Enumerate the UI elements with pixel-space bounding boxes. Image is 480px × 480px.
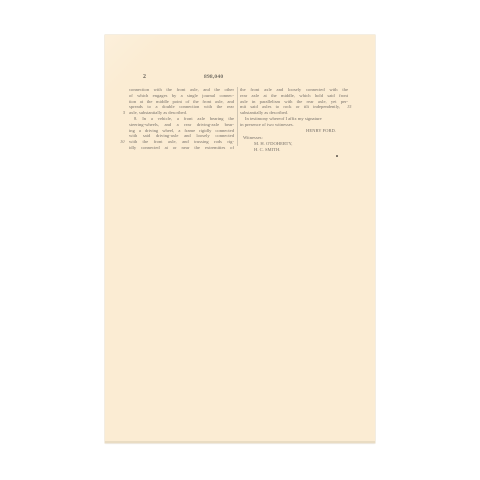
- claim-start-line: 8. In a vehicle, a front axle bearing th…: [129, 116, 234, 122]
- column-divider: [237, 87, 238, 146]
- text-line: of which engages by a single journal con…: [129, 93, 234, 99]
- page-number: 2: [143, 74, 146, 80]
- left-column: connection with the front axle, and the …: [129, 87, 234, 151]
- patent-page: 2 898,040 connection with the front axle…: [105, 35, 375, 443]
- signer-name: HENRY FORD.: [240, 128, 348, 134]
- margin-line-number: 5: [123, 110, 125, 116]
- text-line: the front axle and loosely connected wit…: [240, 87, 348, 93]
- paper-speck: [336, 155, 338, 157]
- text-line: connection with the front axle, and the …: [129, 87, 234, 93]
- page-header: 2 898,040: [105, 74, 375, 82]
- witness-name: H. C. SMITH.: [240, 147, 348, 153]
- text-line: steering-wheels, and a rear driving-axle…: [129, 122, 234, 128]
- patent-number: 898,040: [204, 74, 223, 80]
- right-column: the front axle and loosely connected wit…: [240, 87, 348, 153]
- text-line: idly connected at or near the extremitie…: [129, 145, 234, 151]
- margin-line-number: 15: [347, 104, 351, 110]
- signature-block: In testimony whereof I affix my signatur…: [240, 116, 348, 153]
- margin-line-number: 10: [120, 139, 124, 145]
- text-line: rear axle at the middle, which hold said…: [240, 93, 348, 99]
